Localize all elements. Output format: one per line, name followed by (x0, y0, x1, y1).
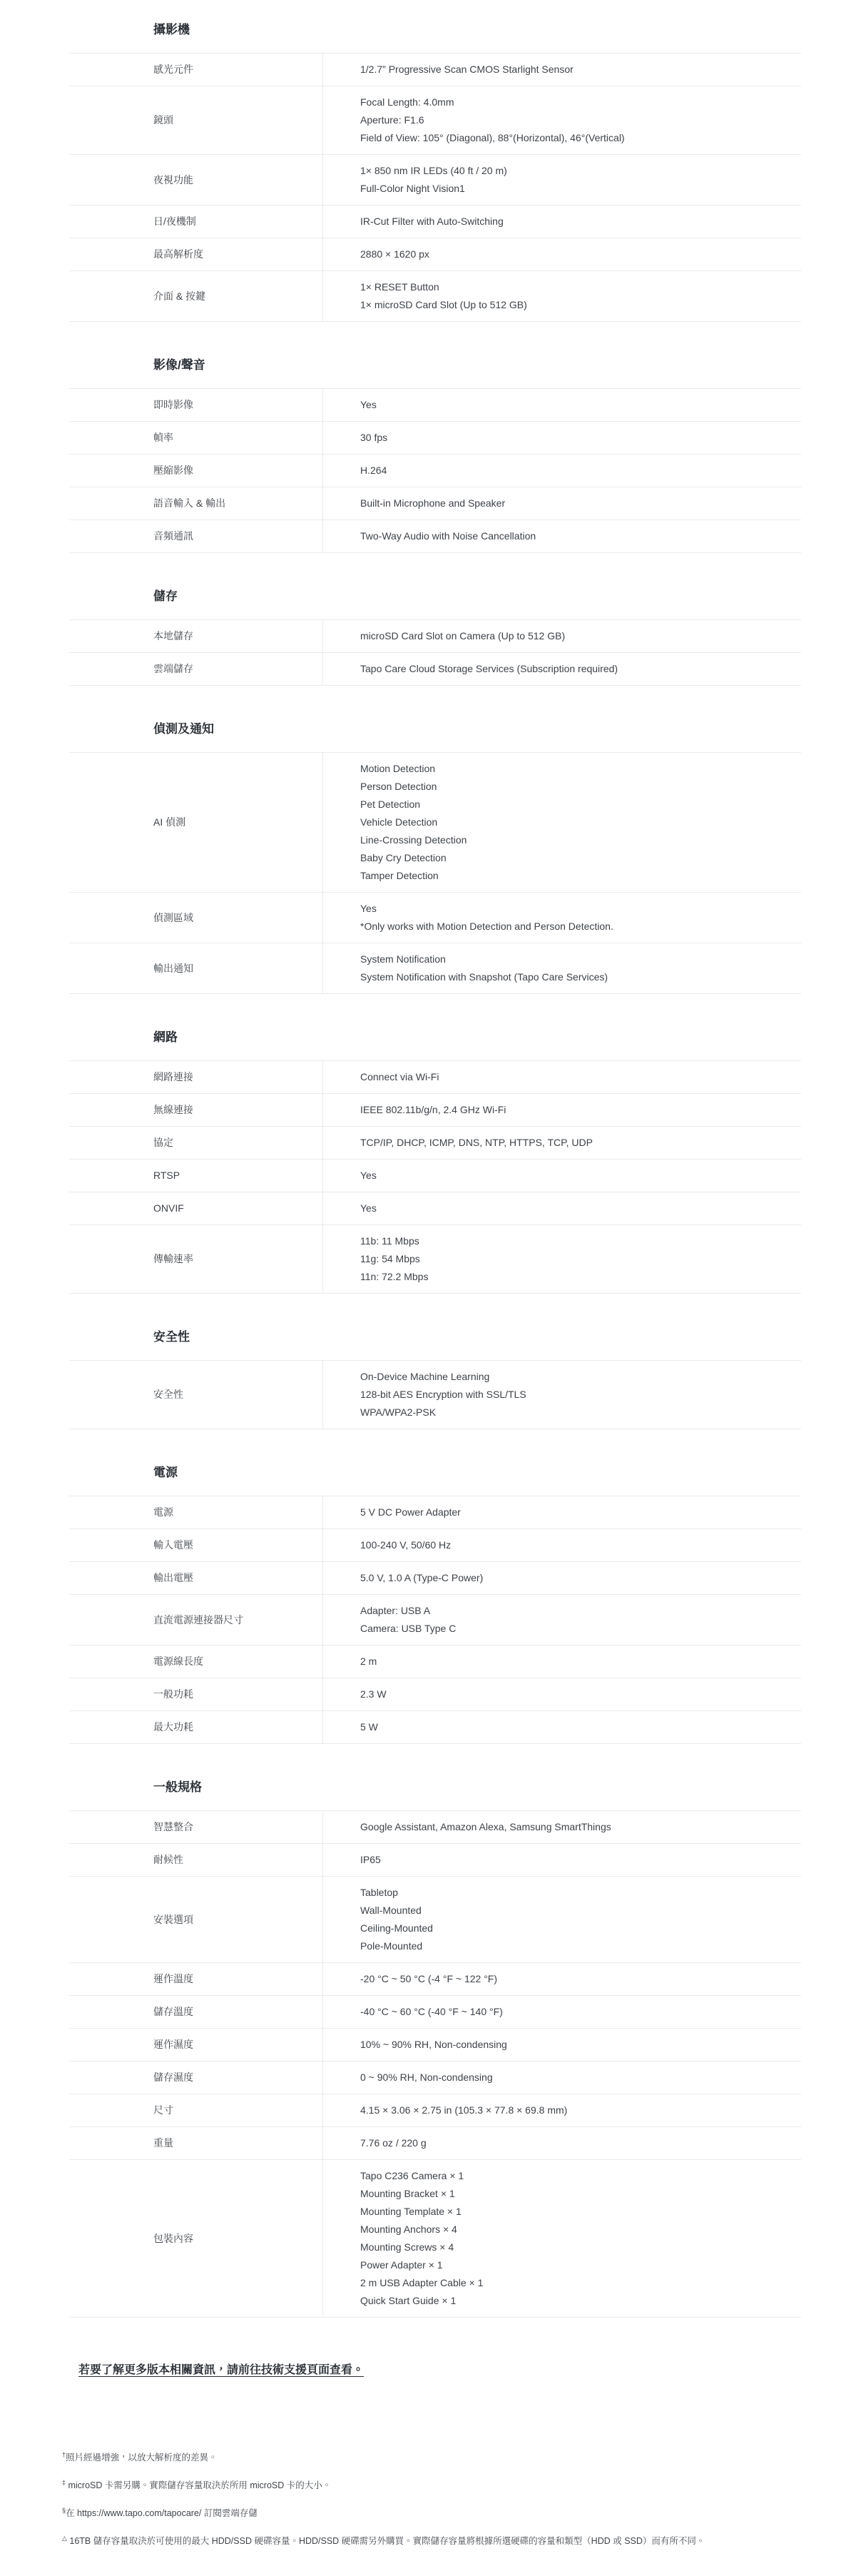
spec-row: 輸出通知System NotificationSystem Notificati… (69, 943, 801, 993)
spec-label: 傳輸速率 (69, 1225, 323, 1293)
spec-row: 無線連接IEEE 802.11b/g/n, 2.4 GHz Wi-Fi (69, 1094, 801, 1127)
spec-label: 運作溫度 (69, 1963, 323, 1995)
spec-row: 偵測區域Yes*Only works with Motion Detection… (69, 893, 801, 943)
spec-row: 日/夜機制IR-Cut Filter with Auto-Switching (69, 206, 801, 238)
spec-value-line: 5.0 V, 1.0 A (Type-C Power) (360, 1569, 784, 1587)
spec-value-line: IP65 (360, 1851, 784, 1869)
spec-row: 智慧整合Google Assistant, Amazon Alexa, Sams… (69, 1811, 801, 1844)
spec-value-line: Pole-Mounted (360, 1937, 784, 1955)
spec-value-line: Mounting Anchors × 4 (360, 2221, 784, 2238)
spec-table: 攝影機感光元件1/2.7” Progressive Scan CMOS Star… (69, 21, 801, 2318)
spec-label: 儲存溫度 (69, 1996, 323, 2028)
spec-row: 運作溫度-20 °C ~ 50 °C (-4 °F ~ 122 °F) (69, 1963, 801, 1996)
spec-label: 介面 & 按鍵 (69, 271, 323, 321)
spec-row: 安全性On-Device Machine Learning128-bit AES… (69, 1361, 801, 1429)
spec-label: 雲端儲存 (69, 653, 323, 685)
spec-row: RTSPYes (69, 1160, 801, 1192)
section-title: 影像/聲音 (69, 357, 801, 374)
spec-value: 11b: 11 Mbps11g: 54 Mbps11n: 72.2 Mbps (323, 1225, 801, 1293)
spec-row: 輸入電壓100-240 V, 50/60 Hz (69, 1529, 801, 1562)
spec-row: 儲存溫度-40 °C ~ 60 °C (-40 °F ~ 140 °F) (69, 1996, 801, 2029)
spec-value-line: 0 ~ 90% RH, Non-condensing (360, 2069, 784, 2086)
section-table: 即時影像Yes幀率30 fps壓縮影像H.264語音輸入 & 輸出Built-i… (69, 388, 801, 553)
spec-row: 音頻通訊Two-Way Audio with Noise Cancellatio… (69, 520, 801, 552)
spec-value: Yes*Only works with Motion Detection and… (323, 893, 801, 943)
spec-value: -40 °C ~ 60 °C (-40 °F ~ 140 °F) (323, 1996, 801, 2028)
spec-row: 耐候性IP65 (69, 1844, 801, 1877)
section-title: 一般規格 (69, 1779, 801, 1796)
spec-label: 音頻通訊 (69, 520, 323, 552)
spec-section: 電源電源5 V DC Power Adapter輸入電壓100-240 V, 5… (69, 1464, 801, 1744)
spec-value-line: Camera: USB Type C (360, 1620, 784, 1638)
spec-value-line: 1× microSD Card Slot (Up to 512 GB) (360, 296, 784, 314)
spec-value: microSD Card Slot on Camera (Up to 512 G… (323, 620, 801, 652)
spec-value-line: 100-240 V, 50/60 Hz (360, 1536, 784, 1554)
section-title: 電源 (69, 1464, 801, 1481)
spec-value-line: 11n: 72.2 Mbps (360, 1268, 784, 1286)
spec-label: RTSP (69, 1160, 323, 1192)
spec-row: 最大功耗5 W (69, 1711, 801, 1743)
section-table: 電源5 V DC Power Adapter輸入電壓100-240 V, 50/… (69, 1496, 801, 1744)
section-table: 智慧整合Google Assistant, Amazon Alexa, Sams… (69, 1810, 801, 2318)
spec-value-line: Motion Detection (360, 760, 784, 778)
spec-value-line: IEEE 802.11b/g/n, 2.4 GHz Wi-Fi (360, 1101, 784, 1119)
spec-value: Yes (323, 1160, 801, 1192)
spec-row: 尺寸4.15 × 3.06 × 2.75 in (105.3 × 77.8 × … (69, 2094, 801, 2127)
spec-value-line: Power Adapter × 1 (360, 2256, 784, 2274)
spec-value-line: Person Detection (360, 778, 784, 796)
spec-row: 語音輸入 & 輸出Built-in Microphone and Speaker (69, 487, 801, 520)
spec-label: 幀率 (69, 422, 323, 454)
spec-section: 攝影機感光元件1/2.7” Progressive Scan CMOS Star… (69, 21, 801, 322)
spec-value-line: 1/2.7” Progressive Scan CMOS Starlight S… (360, 61, 784, 78)
spec-row: 本地儲存microSD Card Slot on Camera (Up to 5… (69, 620, 801, 653)
spec-row: 運作濕度10% ~ 90% RH, Non-condensing (69, 2029, 801, 2062)
spec-value-line: Focal Length: 4.0mm (360, 93, 784, 111)
footnote-text: microSD 卡需另購。實際儲存容量取決於所用 microSD 卡的大小。 (66, 2480, 331, 2490)
spec-value-line: IR-Cut Filter with Auto-Switching (360, 213, 784, 230)
spec-value-line: System Notification with Snapshot (Tapo … (360, 968, 784, 986)
spec-value-line: 30 fps (360, 429, 784, 447)
footnote-text: 在 https://www.tapo.com/tapocare/ 訂閱雲端存儲 (66, 2508, 258, 2518)
spec-value: 4.15 × 3.06 × 2.75 in (105.3 × 77.8 × 69… (323, 2094, 801, 2126)
section-table: 安全性On-Device Machine Learning128-bit AES… (69, 1360, 801, 1429)
spec-value-line: 2 m (360, 1653, 784, 1670)
spec-section: 偵測及通知AI 偵測Motion DetectionPerson Detecti… (69, 721, 801, 994)
spec-value-line: WPA/WPA2-PSK (360, 1404, 784, 1421)
spec-value-line: -20 °C ~ 50 °C (-4 °F ~ 122 °F) (360, 1970, 784, 1988)
spec-section: 一般規格智慧整合Google Assistant, Amazon Alexa, … (69, 1779, 801, 2318)
spec-value: Adapter: USB ACamera: USB Type C (323, 1595, 801, 1645)
spec-value: IP65 (323, 1844, 801, 1876)
spec-value: 0 ~ 90% RH, Non-condensing (323, 2062, 801, 2094)
spec-value-line: Connect via Wi-Fi (360, 1068, 784, 1086)
spec-value-line: Google Assistant, Amazon Alexa, Samsung … (360, 1818, 784, 1836)
spec-value-line: -40 °C ~ 60 °C (-40 °F ~ 140 °F) (360, 2003, 784, 2021)
spec-row: 鏡頭Focal Length: 4.0mmAperture: F1.6Field… (69, 86, 801, 155)
spec-value: Motion DetectionPerson DetectionPet Dete… (323, 753, 801, 892)
spec-label: 即時影像 (69, 389, 323, 421)
spec-row: 儲存濕度0 ~ 90% RH, Non-condensing (69, 2062, 801, 2094)
spec-label: AI 偵測 (69, 753, 323, 892)
spec-value-line: microSD Card Slot on Camera (Up to 512 G… (360, 627, 784, 645)
spec-label: 一般功耗 (69, 1678, 323, 1710)
spec-value-line: 11b: 11 Mbps (360, 1232, 784, 1250)
spec-label: 直流電源連接器尺寸 (69, 1595, 323, 1645)
spec-value-line: TCP/IP, DHCP, ICMP, DNS, NTP, HTTPS, TCP… (360, 1134, 784, 1152)
spec-row: 最高解析度2880 × 1620 px (69, 238, 801, 271)
spec-value: System NotificationSystem Notification w… (323, 943, 801, 993)
section-title: 攝影機 (69, 21, 801, 39)
spec-label: 協定 (69, 1127, 323, 1159)
spec-row: 感光元件1/2.7” Progressive Scan CMOS Starlig… (69, 54, 801, 86)
spec-row: 協定TCP/IP, DHCP, ICMP, DNS, NTP, HTTPS, T… (69, 1127, 801, 1160)
spec-value: 2 m (323, 1646, 801, 1678)
spec-row: 輸出電壓5.0 V, 1.0 A (Type-C Power) (69, 1562, 801, 1595)
spec-value-line: Quick Start Guide × 1 (360, 2292, 784, 2310)
spec-value-line: 1× 850 nm IR LEDs (40 ft / 20 m) (360, 162, 784, 180)
spec-label: 無線連接 (69, 1094, 323, 1126)
support-link-row: 若要了解更多版本相關資訊，請前往技術支援頁面查看。 (78, 2362, 856, 2379)
spec-value-line: Ceiling-Mounted (360, 1920, 784, 1937)
spec-value-line: 11g: 54 Mbps (360, 1250, 784, 1268)
footnote: †照片經過增強，以放大解析度的差異。 (62, 2452, 856, 2464)
footnote: §在 https://www.tapo.com/tapocare/ 訂閱雲端存儲 (62, 2507, 856, 2520)
spec-value: 5.0 V, 1.0 A (Type-C Power) (323, 1562, 801, 1594)
spec-value: On-Device Machine Learning128-bit AES En… (323, 1361, 801, 1429)
spec-value-line: Yes (360, 900, 784, 918)
spec-row: 包裝內容Tapo C236 Camera × 1Mounting Bracket… (69, 2160, 801, 2317)
spec-section: 網路網路連接Connect via Wi-Fi無線連接IEEE 802.11b/… (69, 1029, 801, 1294)
spec-value-line: Field of View: 105° (Diagonal), 88°(Hori… (360, 129, 784, 147)
spec-value-line: Mounting Bracket × 1 (360, 2185, 784, 2203)
footnote: △ 16TB 儲存容量取決於可使用的最大 HDD/SSD 硬碟容量。HDD/SS… (62, 2535, 856, 2547)
spec-row: 壓縮影像H.264 (69, 455, 801, 487)
spec-value-line: 1× RESET Button (360, 278, 784, 296)
spec-label: 日/夜機制 (69, 206, 323, 238)
spec-row: 介面 & 按鍵1× RESET Button1× microSD Card Sl… (69, 271, 801, 321)
spec-value: Built-in Microphone and Speaker (323, 487, 801, 519)
spec-value: Focal Length: 4.0mmAperture: F1.6Field o… (323, 86, 801, 154)
spec-label: 偵測區域 (69, 893, 323, 943)
spec-label: 包裝內容 (69, 2160, 323, 2317)
spec-row: 重量7.76 oz / 220 g (69, 2127, 801, 2160)
spec-row: 即時影像Yes (69, 389, 801, 422)
section-table: AI 偵測Motion DetectionPerson DetectionPet… (69, 752, 801, 994)
spec-value: 1/2.7” Progressive Scan CMOS Starlight S… (323, 54, 801, 86)
spec-label: 耐候性 (69, 1844, 323, 1876)
spec-label: 鏡頭 (69, 86, 323, 154)
spec-label: 智慧整合 (69, 1811, 323, 1843)
footnotes: †照片經過增強，以放大解析度的差異。‡ microSD 卡需另購。實際儲存容量取… (62, 2452, 856, 2547)
section-table: 網路連接Connect via Wi-Fi無線連接IEEE 802.11b/g/… (69, 1060, 801, 1294)
spec-value: Tapo C236 Camera × 1Mounting Bracket × 1… (323, 2160, 801, 2317)
spec-value-line: Built-in Microphone and Speaker (360, 495, 784, 512)
spec-value: H.264 (323, 455, 801, 487)
footnote: ‡ microSD 卡需另購。實際儲存容量取決於所用 microSD 卡的大小。 (62, 2480, 856, 2492)
spec-value-line: *Only works with Motion Detection and Pe… (360, 918, 784, 935)
spec-value: 100-240 V, 50/60 Hz (323, 1529, 801, 1561)
footnote-text: 16TB 儲存容量取決於可使用的最大 HDD/SSD 硬碟容量。HDD/SSD … (67, 2536, 705, 2546)
spec-value-line: 2.3 W (360, 1685, 784, 1703)
spec-row: 傳輸速率11b: 11 Mbps11g: 54 Mbps11n: 72.2 Mb… (69, 1225, 801, 1293)
support-link[interactable]: 若要了解更多版本相關資訊，請前往技術支援頁面查看。 (78, 2364, 364, 2376)
spec-value-line: Tamper Detection (360, 867, 784, 885)
spec-value: 5 V DC Power Adapter (323, 1496, 801, 1528)
spec-label: 安裝選項 (69, 1877, 323, 1962)
spec-row: 一般功耗2.3 W (69, 1678, 801, 1711)
spec-value: -20 °C ~ 50 °C (-4 °F ~ 122 °F) (323, 1963, 801, 1995)
spec-label: 重量 (69, 2127, 323, 2159)
spec-value-line: H.264 (360, 462, 784, 480)
spec-label: 最大功耗 (69, 1711, 323, 1743)
spec-label: ONVIF (69, 1192, 323, 1224)
spec-value: TCP/IP, DHCP, ICMP, DNS, NTP, HTTPS, TCP… (323, 1127, 801, 1159)
spec-row: AI 偵測Motion DetectionPerson DetectionPet… (69, 753, 801, 893)
spec-row: 網路連接Connect via Wi-Fi (69, 1061, 801, 1094)
section-title: 網路 (69, 1029, 801, 1046)
spec-value-line: Tapo Care Cloud Storage Services (Subscr… (360, 660, 784, 678)
spec-row: 安裝選項TabletopWall-MountedCeiling-MountedP… (69, 1877, 801, 1963)
spec-row: 雲端儲存Tapo Care Cloud Storage Services (Su… (69, 653, 801, 685)
section-title: 安全性 (69, 1329, 801, 1346)
section-table: 感光元件1/2.7” Progressive Scan CMOS Starlig… (69, 53, 801, 322)
spec-value: Yes (323, 1192, 801, 1224)
spec-section: 儲存本地儲存microSD Card Slot on Camera (Up to… (69, 588, 801, 686)
spec-value: 7.76 oz / 220 g (323, 2127, 801, 2159)
section-title: 儲存 (69, 588, 801, 605)
spec-value: 10% ~ 90% RH, Non-condensing (323, 2029, 801, 2061)
footnote-marker: △ (62, 2535, 67, 2542)
spec-value-line: Two-Way Audio with Noise Cancellation (360, 527, 784, 545)
spec-value-line: Yes (360, 396, 784, 414)
spec-section: 安全性安全性On-Device Machine Learning128-bit … (69, 1329, 801, 1429)
spec-label: 輸出通知 (69, 943, 323, 993)
spec-row: 夜視功能1× 850 nm IR LEDs (40 ft / 20 m)Full… (69, 155, 801, 206)
spec-label: 網路連接 (69, 1061, 323, 1093)
spec-label: 夜視功能 (69, 155, 323, 205)
footnote-text: 照片經過增強，以放大解析度的差異。 (66, 2453, 218, 2463)
spec-value-line: Aperture: F1.6 (360, 111, 784, 129)
spec-value-line: On-Device Machine Learning (360, 1368, 784, 1386)
spec-label: 感光元件 (69, 54, 323, 86)
spec-row: 直流電源連接器尺寸Adapter: USB ACamera: USB Type … (69, 1595, 801, 1646)
spec-label: 尺寸 (69, 2094, 323, 2126)
spec-label: 最高解析度 (69, 238, 323, 270)
spec-value-line: 10% ~ 90% RH, Non-condensing (360, 2036, 784, 2054)
spec-value-line: 128-bit AES Encryption with SSL/TLS (360, 1386, 784, 1404)
spec-label: 儲存濕度 (69, 2062, 323, 2094)
spec-value: 1× RESET Button1× microSD Card Slot (Up … (323, 271, 801, 321)
spec-value-line: 5 V DC Power Adapter (360, 1503, 784, 1521)
spec-value: Google Assistant, Amazon Alexa, Samsung … (323, 1811, 801, 1843)
spec-label: 安全性 (69, 1361, 323, 1429)
spec-value-line: Full-Color Night Vision1 (360, 180, 784, 198)
spec-value-line: Tabletop (360, 1884, 784, 1902)
spec-value-line: 2 m USB Adapter Cable × 1 (360, 2274, 784, 2292)
spec-value-line: System Notification (360, 950, 784, 968)
spec-label: 電源 (69, 1496, 323, 1528)
spec-label: 輸入電壓 (69, 1529, 323, 1561)
spec-value-line: Yes (360, 1200, 784, 1217)
spec-value: TabletopWall-MountedCeiling-MountedPole-… (323, 1877, 801, 1962)
spec-value-line: Mounting Screws × 4 (360, 2238, 784, 2256)
spec-label: 本地儲存 (69, 620, 323, 652)
spec-label: 壓縮影像 (69, 455, 323, 487)
spec-row: 電源線長度2 m (69, 1646, 801, 1678)
spec-value-line: Line-Crossing Detection (360, 831, 784, 849)
spec-value-line: Baby Cry Detection (360, 849, 784, 867)
spec-value-line: Vehicle Detection (360, 813, 784, 831)
spec-value-line: 4.15 × 3.06 × 2.75 in (105.3 × 77.8 × 69… (360, 2101, 784, 2119)
spec-value-line: 5 W (360, 1718, 784, 1736)
section-table: 本地儲存microSD Card Slot on Camera (Up to 5… (69, 619, 801, 686)
spec-value-line: Adapter: USB A (360, 1602, 784, 1620)
spec-value-line: Tapo C236 Camera × 1 (360, 2167, 784, 2185)
spec-value-line: Yes (360, 1167, 784, 1185)
spec-row: 電源5 V DC Power Adapter (69, 1496, 801, 1529)
section-title: 偵測及通知 (69, 721, 801, 738)
spec-value: 1× 850 nm IR LEDs (40 ft / 20 m)Full-Col… (323, 155, 801, 205)
spec-value: Yes (323, 389, 801, 421)
spec-row: ONVIFYes (69, 1192, 801, 1225)
spec-value-line: Wall-Mounted (360, 1902, 784, 1920)
spec-value: Tapo Care Cloud Storage Services (Subscr… (323, 653, 801, 685)
spec-section: 影像/聲音即時影像Yes幀率30 fps壓縮影像H.264語音輸入 & 輸出Bu… (69, 357, 801, 553)
spec-value: 30 fps (323, 422, 801, 454)
spec-value: Connect via Wi-Fi (323, 1061, 801, 1093)
spec-value: Two-Way Audio with Noise Cancellation (323, 520, 801, 552)
spec-label: 輸出電壓 (69, 1562, 323, 1594)
spec-label: 電源線長度 (69, 1646, 323, 1678)
spec-value-line: Mounting Template × 1 (360, 2203, 784, 2221)
spec-value: 2880 × 1620 px (323, 238, 801, 270)
spec-value: 2.3 W (323, 1678, 801, 1710)
spec-value-line: Pet Detection (360, 796, 784, 813)
spec-value-line: 7.76 oz / 220 g (360, 2134, 784, 2152)
spec-row: 幀率30 fps (69, 422, 801, 455)
spec-value: IEEE 802.11b/g/n, 2.4 GHz Wi-Fi (323, 1094, 801, 1126)
spec-value-line: 2880 × 1620 px (360, 245, 784, 263)
spec-value: IR-Cut Filter with Auto-Switching (323, 206, 801, 238)
spec-label: 語音輸入 & 輸出 (69, 487, 323, 519)
spec-label: 運作濕度 (69, 2029, 323, 2061)
spec-value: 5 W (323, 1711, 801, 1743)
spec-page: 攝影機感光元件1/2.7” Progressive Scan CMOS Star… (0, 0, 856, 2547)
